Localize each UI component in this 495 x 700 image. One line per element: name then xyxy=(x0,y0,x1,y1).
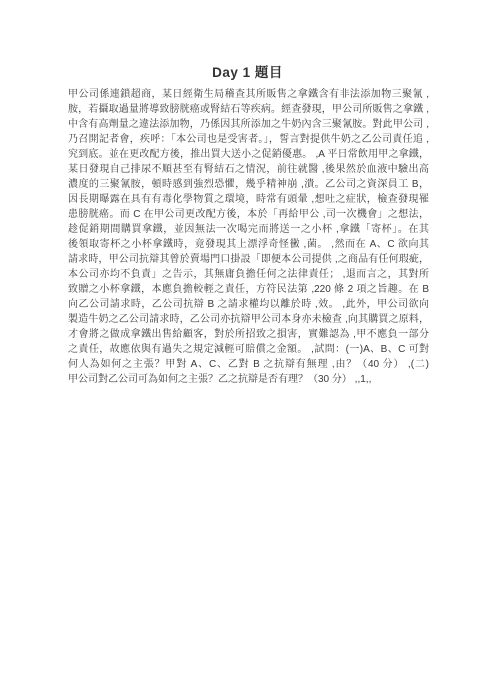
paragraph-line: 甲公司係連鎖超商，某日經衛生局稽查其所販售之拿鐵含有非法添加物三聚氰 , xyxy=(68,87,429,102)
paragraph-line: 究到底。並在更改配方後，推出買大送小之促銷優惠。 ,A 平日常飲用甲之拿鐵， xyxy=(68,147,429,162)
paragraph-line: 甲公司對乙公司可為如何之主張？乙之抗辯是否有理？（30 分） ,,1,, xyxy=(68,372,429,387)
paragraph-line: 因長期曝露在具有有毒化學物質之環境，時常有頭暈 ,想吐之症狀，檢查發現罹 xyxy=(68,192,429,207)
paragraph-line: 濃度的三聚氰胺，頓時感到強烈恐懼，幾乎精神崩 ,潰。乙公司之資深員工 B， xyxy=(68,177,429,192)
paragraph-line: 趁促銷期間購買拿鐵，並因無法一次喝完而將送一之小杯 ,拿鐵「寄杯」。在其 xyxy=(68,222,429,237)
paragraph-line: 本公司亦均不負責」之告示，其無庸負擔任何之法律責任； ,退而言之，其對所 xyxy=(68,267,429,282)
paragraph-line: 患膀胱癌。而 C 在甲公司更改配方後，本於「再給甲公 ,司一次機會」之想法， xyxy=(68,207,429,222)
paragraph-line: 之責任，故應依與有過失之規定減輕可賠償之金額。 ,試問：(一)A、B、C 可對 xyxy=(68,342,429,357)
paragraph-line: 請求時，甲公司抗辯其曾於賣場門口掛設「即便本公司提供 ,之商品有任何瑕疵， xyxy=(68,252,429,267)
question-paragraph: 甲公司係連鎖超商，某日經衛生局稽查其所販售之拿鐵含有非法添加物三聚氰 , 胺，若… xyxy=(68,87,429,387)
paragraph-line: 中含有高劑量之違法添加物，乃係因其所添加之牛奶內含三聚氰胺。對此甲公司 , xyxy=(68,117,429,132)
paragraph-line: 致贈之小杯拿鐵，本應負擔較輕之責任，方符民法第 ,220 條 2 項之旨趣。在 … xyxy=(68,282,429,297)
paragraph-line: 某日發現自己排尿不順甚至有腎結石之情況，前往就醫 ,後果然於血液中驗出高 xyxy=(68,162,429,177)
page-title: Day 1 題目 xyxy=(0,61,495,81)
paragraph-line: 製造牛奶之乙公司請求時，乙公司亦抗辯甲公司本身亦未檢查 ,向其購買之原料， xyxy=(68,312,429,327)
paragraph-line: 胺，若攝取過量將導致膀胱癌或腎結石等疾病。經查發現，甲公司所販售之拿鐵 , xyxy=(68,102,429,117)
paragraph-line: 才會將之做成拿鐵出售給顧客，對於所招致之損害，實難認為 ,甲不應負一部分 xyxy=(68,327,429,342)
document-page: Day 1 題目 甲公司係連鎖超商，某日經衛生局稽查其所販售之拿鐵含有非法添加物… xyxy=(0,0,495,700)
paragraph-line: 乃召開記者會，疾呼：「本公司也是受害者。」，誓言對提供牛奶之乙公司責任追 , xyxy=(68,132,429,147)
paragraph-line: 向乙公司請求時，乙公司抗辯 B 之請求權均以離於時 ,效。 ,此外，甲公司欲向 xyxy=(68,297,429,312)
paragraph-line: 何人為如何之主張？甲對 A、C、乙對 B 之抗辯有無理 ,由？（40 分） ,(… xyxy=(68,357,429,372)
paragraph-line: 後領取寄杯之小杯拿鐵時，竟發現其上漂浮奇怪黴 ,菌。 ,然而在 A、C 欲向其 xyxy=(68,237,429,252)
